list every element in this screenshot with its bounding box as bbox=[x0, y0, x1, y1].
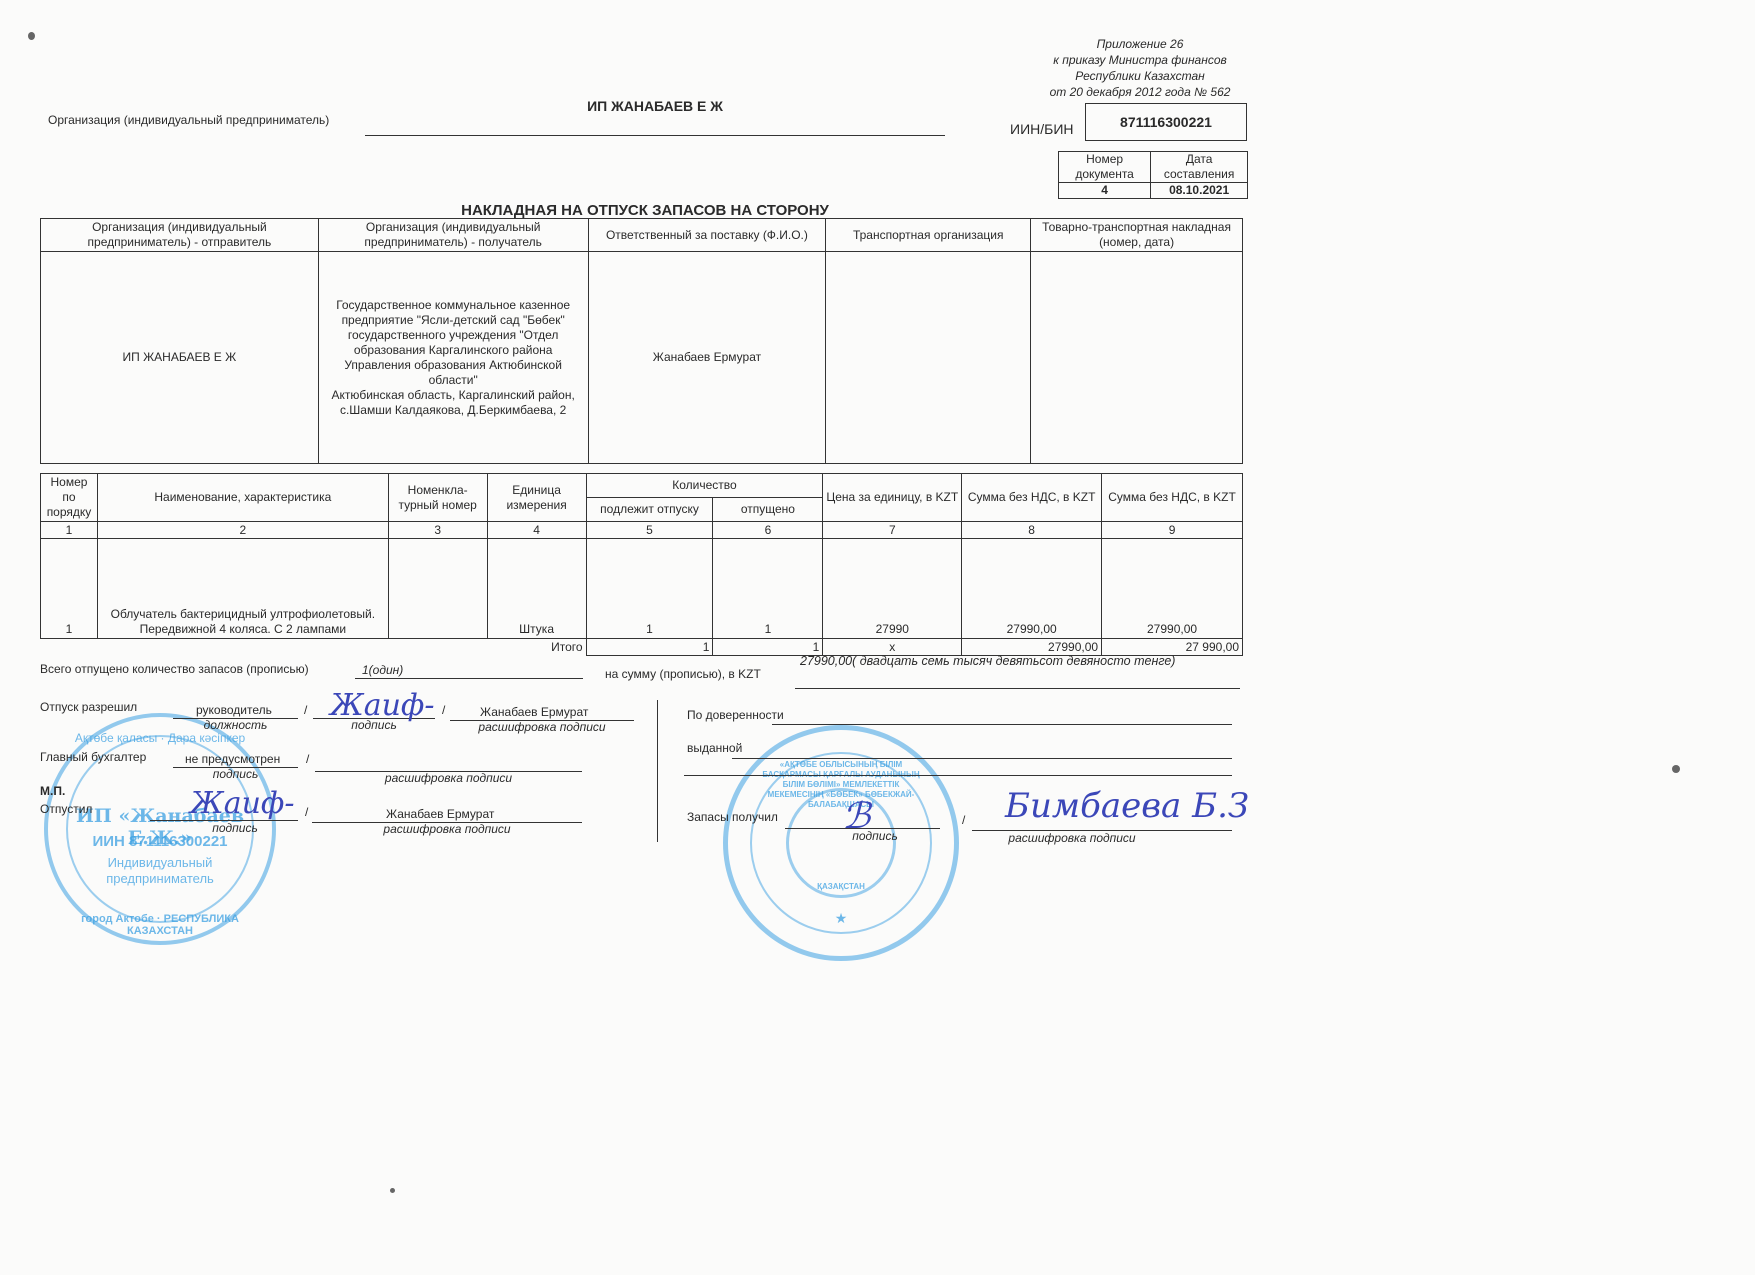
item-price: 27990 bbox=[823, 539, 962, 639]
handwritten-signature: Жаиф- bbox=[330, 688, 435, 723]
empty-cell bbox=[97, 639, 388, 656]
waybill-value bbox=[1031, 252, 1243, 464]
stamp-line: предприниматель bbox=[48, 871, 272, 886]
organization-label: Организация (индивидуальный предпринимат… bbox=[48, 113, 329, 127]
col-number: 7 bbox=[823, 522, 962, 539]
empty-cell bbox=[41, 639, 98, 656]
star-icon: ★ bbox=[728, 910, 954, 927]
stamp-ring-top: Ақтөбе қаласы · Дара кәсіпкер bbox=[48, 731, 272, 745]
appendix-line: Республики Казахстан bbox=[1020, 68, 1260, 84]
unit-header: Единица измерения bbox=[487, 474, 586, 522]
separator: / bbox=[305, 805, 308, 819]
stamp-line: Индивидуальный bbox=[48, 855, 272, 870]
decoding-caption: расшифровка подписи bbox=[450, 720, 634, 734]
appendix-reference: Приложение 26 к приказу Министра финансо… bbox=[1020, 36, 1260, 100]
appendix-line: к приказу Министра финансов bbox=[1020, 52, 1260, 68]
recipient-cell: Государственное коммунальное казенное пр… bbox=[318, 252, 588, 464]
empty-cell bbox=[388, 639, 487, 656]
handwritten-signature: Жаиф- bbox=[190, 786, 295, 821]
issued-line bbox=[732, 758, 1232, 759]
sum-no-vat-2-header: Сумма без НДС, в KZT bbox=[1102, 474, 1243, 522]
responsible-header: Ответственный за поставку (Ф.И.О.) bbox=[588, 219, 826, 252]
sum-words-underline bbox=[795, 688, 1240, 689]
stamp-center-text: ҚАЗАҚСТАН bbox=[728, 882, 954, 891]
iin-value-box: 871116300221 bbox=[1085, 103, 1247, 141]
col-number: 9 bbox=[1102, 522, 1243, 539]
recipient-value: Государственное коммунальное казенное пр… bbox=[322, 298, 585, 388]
nomenclature-header: Номенкла-турный номер bbox=[388, 474, 487, 522]
separator: / bbox=[304, 703, 307, 717]
col-number: 4 bbox=[487, 522, 586, 539]
received-label: Запасы получил bbox=[687, 810, 778, 824]
item-unit: Штука bbox=[487, 539, 586, 639]
appendix-line: Приложение 26 bbox=[1020, 36, 1260, 52]
doc-date: 08.10.2021 bbox=[1151, 183, 1248, 199]
num-header: Номер по порядку bbox=[41, 474, 98, 522]
doc-number: 4 bbox=[1059, 183, 1151, 199]
separator: / bbox=[306, 752, 309, 766]
item-num: 1 bbox=[41, 539, 98, 639]
handwritten-recipient-name: Бимбаева Б.З bbox=[1005, 786, 1249, 826]
chief-accountant-label: Главный бухгалтер bbox=[40, 750, 146, 764]
total-qty-underline bbox=[355, 678, 583, 679]
issued-label: выданной bbox=[687, 741, 742, 755]
price-header: Цена за единицу, в KZT bbox=[823, 474, 962, 522]
sender-header: Организация (индивидуальный предпринимат… bbox=[41, 219, 319, 252]
item-name: Облучатель бактерицидный ултрофиолетовый… bbox=[97, 539, 388, 639]
iin-value: 871116300221 bbox=[1120, 114, 1212, 130]
col-number: 1 bbox=[41, 522, 98, 539]
total-qty-to-release: 1 bbox=[586, 639, 713, 656]
total-sum-no-vat-2: 27 990,00 bbox=[1102, 639, 1243, 656]
col-number: 2 bbox=[97, 522, 388, 539]
col-number: 8 bbox=[962, 522, 1102, 539]
scan-speck bbox=[28, 32, 35, 40]
handwritten-signature: ℬ bbox=[842, 796, 870, 837]
item-sum-no-vat: 27990,00 bbox=[962, 539, 1102, 639]
col-number: 3 bbox=[388, 522, 487, 539]
seal-place-label: М.П. bbox=[40, 784, 65, 798]
recipient-address: Актюбинская область, Каргалинский район,… bbox=[322, 388, 585, 418]
scan-speck bbox=[1672, 765, 1680, 773]
total-sum-no-vat: 27990,00 bbox=[962, 639, 1102, 656]
sum-no-vat-header: Сумма без НДС, в KZT bbox=[962, 474, 1102, 522]
total-price: х bbox=[823, 639, 962, 656]
parties-table: Организация (индивидуальный предпринимат… bbox=[40, 218, 1243, 464]
release-allowed-position: руководитель bbox=[196, 703, 272, 717]
decoding-caption: расшифровка подписи bbox=[312, 822, 582, 836]
decoding-caption: расшифровка подписи bbox=[315, 771, 582, 785]
power-of-attorney-line bbox=[772, 724, 1232, 725]
parties-header-row: Организация (индивидуальный предпринимат… bbox=[41, 219, 1243, 252]
total-row: Итого 1 1 х 27990,00 27 990,00 bbox=[41, 639, 1243, 656]
separator: / bbox=[962, 813, 965, 827]
recipient-header: Организация (индивидуальный предпринимат… bbox=[318, 219, 588, 252]
section-divider bbox=[657, 700, 658, 842]
total-label: Итого bbox=[487, 639, 586, 656]
issued-line-2 bbox=[684, 775, 1232, 776]
iin-label: ИИН/БИН bbox=[1010, 121, 1074, 137]
organization-underline bbox=[365, 135, 945, 136]
stamp-ring-text: «АҚТӨБЕ ОБЛЫСЫНЫҢ БІЛІМ БАСҚАРМАСЫ ҚАРҒА… bbox=[728, 760, 954, 810]
release-allowed-name: Жанабаев Ермурат bbox=[480, 705, 588, 719]
transport-org-header: Транспортная организация bbox=[826, 219, 1031, 252]
stamp-ring-bottom: город Актобе · РЕСПУБЛИКА КАЗАХСТАН bbox=[48, 913, 272, 937]
items-table: Номер по порядку Наименование, характери… bbox=[40, 473, 1243, 656]
appendix-line: от 20 декабря 2012 года № 562 bbox=[1020, 84, 1260, 100]
table-row: 1 Облучатель бактерицидный ултрофиолетов… bbox=[41, 539, 1243, 639]
stamp-line: ИИН 871116300221 bbox=[48, 833, 272, 850]
scan-speck bbox=[390, 1188, 395, 1193]
total-qty-value: 1(один) bbox=[362, 663, 403, 677]
chief-accountant-value: не предусмотрен bbox=[185, 752, 280, 766]
item-nomenclature bbox=[388, 539, 487, 639]
item-qty-to-release: 1 bbox=[586, 539, 713, 639]
parties-body-row: ИП ЖАНАБАЕВ Е Ж Государственное коммунал… bbox=[41, 252, 1243, 464]
released-by-name: Жанабаев Ермурат bbox=[386, 807, 494, 821]
signature-caption: подпись bbox=[150, 821, 320, 835]
column-numbers-row: 1 2 3 4 5 6 7 8 9 bbox=[41, 522, 1243, 539]
released-by-label: Отпустил bbox=[40, 802, 92, 816]
item-qty-released: 1 bbox=[713, 539, 823, 639]
signature-caption: подпись bbox=[800, 829, 950, 843]
col-number: 6 bbox=[713, 522, 823, 539]
items-header-row: Номер по порядку Наименование, характери… bbox=[41, 474, 1243, 498]
document-meta-table: Номер документа Дата составления 4 08.10… bbox=[1058, 151, 1248, 199]
total-qty-label: Всего отпущено количество запасов (пропи… bbox=[40, 662, 309, 676]
doc-date-header: Дата составления bbox=[1151, 152, 1248, 183]
name-header: Наименование, характеристика bbox=[97, 474, 388, 522]
signature-caption: подпись bbox=[173, 767, 298, 781]
responsible-value: Жанабаев Ермурат bbox=[588, 252, 826, 464]
document-title: НАКЛАДНАЯ НА ОТПУСК ЗАПАСОВ НА СТОРОНУ bbox=[300, 202, 990, 219]
waybill-header: Товарно-транспортная накладная (номер, д… bbox=[1031, 219, 1243, 252]
quantity-header: Количество bbox=[586, 474, 823, 498]
item-sum-no-vat-2: 27990,00 bbox=[1102, 539, 1243, 639]
total-qty-released: 1 bbox=[713, 639, 823, 656]
organization-value: ИП ЖАНАБАЕВ Е Ж bbox=[365, 98, 945, 114]
sum-words-value: 27990,00( двадцать семь тысяч девятьсот … bbox=[800, 654, 1175, 668]
recipient-stamp: «АҚТӨБЕ ОБЛЫСЫНЫҢ БІЛІМ БАСҚАРМАСЫ ҚАРҒА… bbox=[723, 725, 959, 961]
transport-org-value bbox=[826, 252, 1031, 464]
qty-released-header: отпущено bbox=[713, 498, 823, 522]
power-of-attorney-label: По доверенности bbox=[687, 708, 784, 722]
sum-words-label: на сумму (прописью), в KZT bbox=[605, 667, 761, 681]
release-allowed-label: Отпуск разрешил bbox=[40, 700, 137, 714]
position-caption: должность bbox=[173, 718, 298, 732]
doc-number-header: Номер документа bbox=[1059, 152, 1151, 183]
decoding-caption: расшифровка подписи bbox=[972, 831, 1172, 845]
qty-to-release-header: подлежит отпуску bbox=[586, 498, 713, 522]
sender-value: ИП ЖАНАБАЕВ Е Ж bbox=[41, 252, 319, 464]
col-number: 5 bbox=[586, 522, 713, 539]
separator: / bbox=[442, 703, 445, 717]
